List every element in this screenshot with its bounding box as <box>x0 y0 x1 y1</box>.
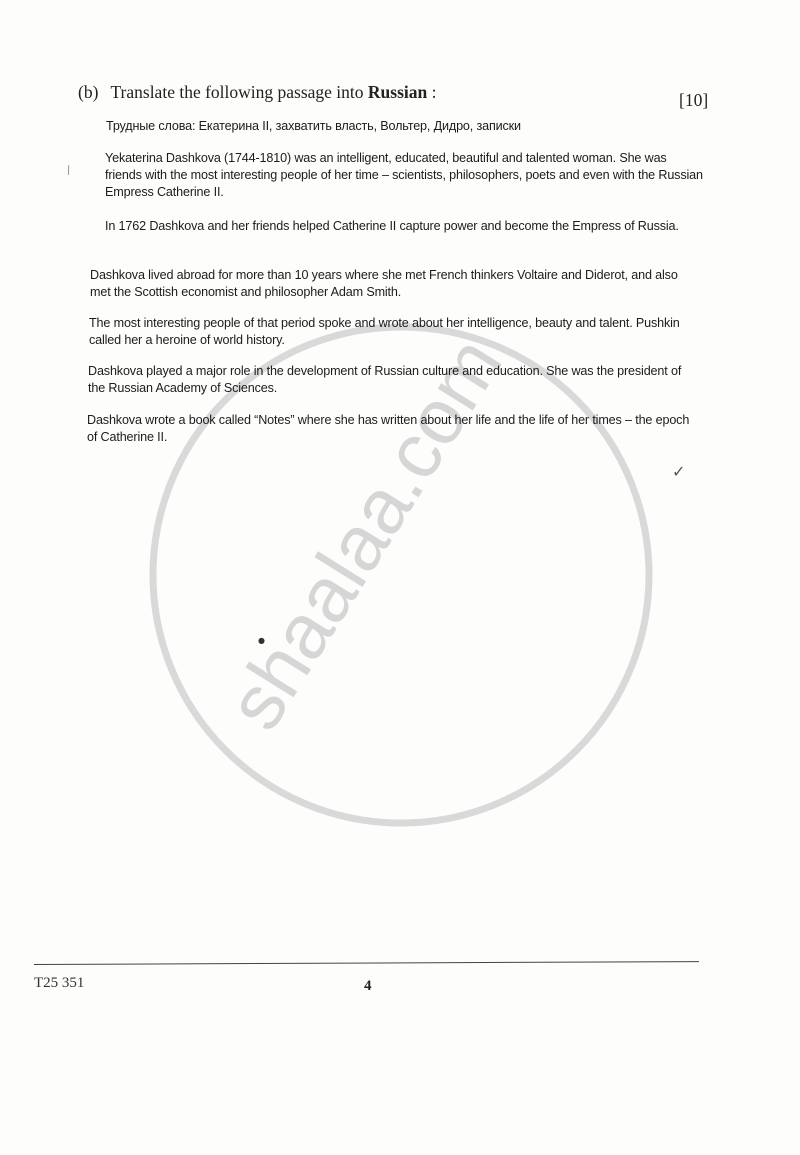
passage-paragraph: Dashkova lived abroad for more than 10 y… <box>90 267 700 301</box>
check-mark-icon: ✓ <box>672 462 685 481</box>
instruction-colon: : <box>427 82 436 102</box>
page-number: 4 <box>364 978 372 995</box>
passage-paragraph: The most interesting people of that peri… <box>89 315 699 349</box>
passage-paragraph: Yekaterina Dashkova (1744-1810) was an i… <box>105 150 705 201</box>
paper-code: T25 351 <box>34 975 84 992</box>
hard-words: Трудные слова: Екатерина II, захватить в… <box>106 118 521 135</box>
footer-divider <box>34 961 699 965</box>
pen-mark-icon: ⁄ <box>65 164 73 176</box>
passage-paragraph: Dashkova played a major role in the deve… <box>88 363 698 397</box>
ink-dot-icon: ● <box>258 636 265 645</box>
exam-page: shaalaa.com (b) Translate the following … <box>0 0 800 1155</box>
passage-paragraph: In 1762 Dashkova and her friends helped … <box>105 218 705 235</box>
question-header: (b) Translate the following passage into… <box>78 82 437 103</box>
question-label: (b) <box>78 82 98 102</box>
watermark-circle <box>153 327 649 823</box>
question-marks: [10] <box>679 90 708 111</box>
passage-paragraph: Dashkova wrote a book called “Notes” whe… <box>87 412 697 446</box>
question-instruction: Translate the following passage into <box>110 82 367 102</box>
target-language: Russian <box>368 82 427 102</box>
